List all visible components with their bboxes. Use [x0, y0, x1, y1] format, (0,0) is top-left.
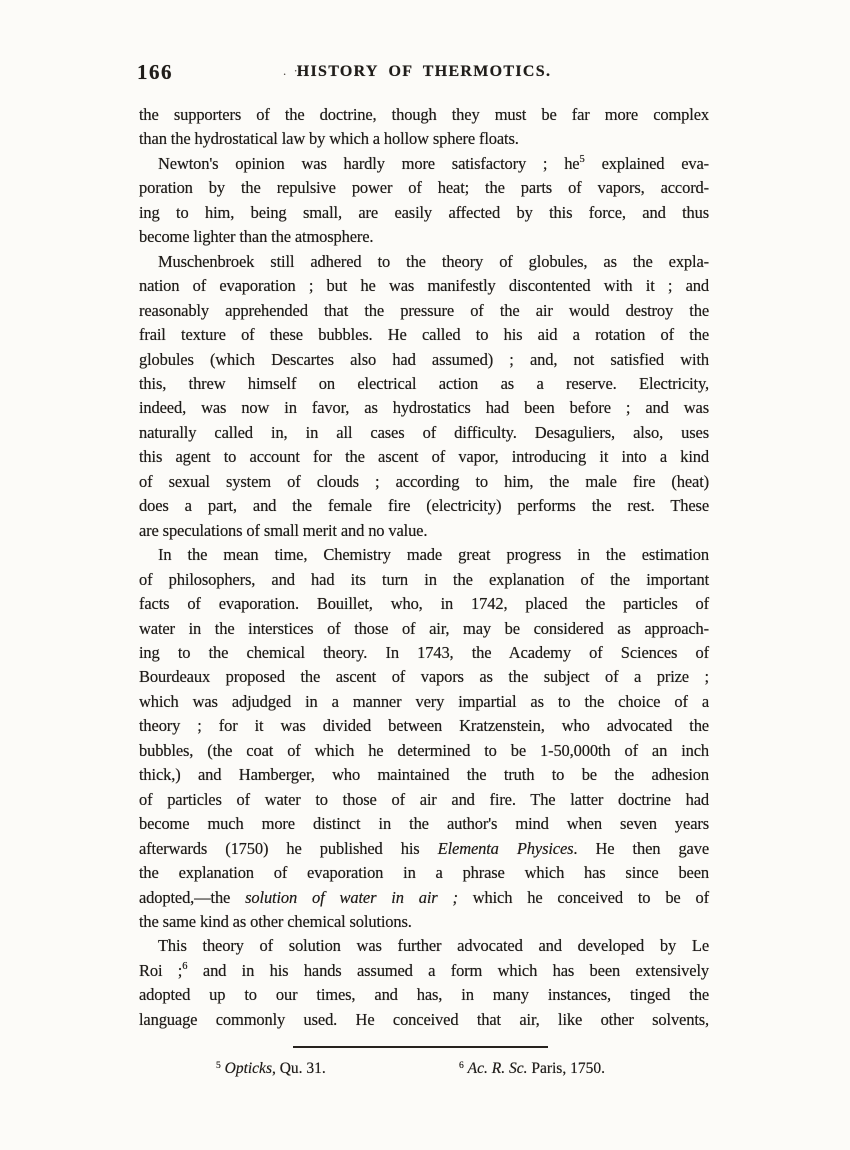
footnote-marker: 6 [459, 1061, 464, 1071]
text-segment: nation of evaporation ; but he was manif… [139, 276, 709, 295]
paragraph: Newton's opinion was hardly more satisfa… [139, 152, 709, 250]
text-line: become lighter than the atmosphere. [139, 225, 709, 249]
paragraph: In the mean time, Chemistry made great p… [139, 543, 709, 934]
running-head: HISTORY OF THERMOTICS. [139, 64, 709, 80]
text-segment: become lighter than the atmosphere. [139, 227, 373, 246]
text-line: of particles of water to those of air an… [139, 788, 709, 812]
text-line: water in the interstices of those of air… [139, 617, 709, 641]
text-line: Bourdeaux proposed the ascent of vapors … [139, 665, 709, 689]
text-segment: are speculations of small merit and no v… [139, 521, 427, 540]
text-segment: which was adjudged in a manner very impa… [139, 692, 709, 711]
text-line: globules (which Descartes also had assum… [139, 348, 709, 372]
text-line: this, threw himself on electrical action… [139, 372, 709, 396]
text-segment: ing to him, being small, are easily affe… [139, 203, 709, 222]
text-segment: Muschenbroek still adhered to the theory… [158, 252, 709, 271]
footnote-marker: 5 [216, 1061, 221, 1071]
text-segment: adopted up to our times, and has, in man… [139, 985, 709, 1004]
text-segment: become much more distinct in the author'… [139, 814, 709, 833]
text-line: bubbles, (the coat of which he determine… [139, 739, 709, 763]
text-segment: language commonly used. He conceived tha… [139, 1010, 709, 1029]
text-segment: afterwards (1750) he published his [139, 839, 438, 858]
text-segment: explained eva- [585, 154, 709, 173]
text-segment: the supporters of the doctrine, though t… [139, 105, 709, 124]
text-line: adopted,—the solution of water in air ; … [139, 886, 709, 910]
text-segment: Roi ; [139, 961, 182, 980]
text-segment: of philosophers, and had its turn in the… [139, 570, 709, 589]
text-segment: water in the interstices of those of air… [139, 619, 709, 638]
text-line: of sexual system of clouds ; according t… [139, 470, 709, 494]
text-line: ing to him, being small, are easily affe… [139, 201, 709, 225]
text-segment: ing to the chemical theory. In 1743, the… [139, 643, 709, 662]
text-line: facts of evaporation. Bouillet, who, in … [139, 592, 709, 616]
text-segment: Newton's opinion was hardly more satisfa… [158, 154, 579, 173]
text-segment: Bourdeaux proposed the ascent of vapors … [139, 667, 709, 686]
text-segment: naturally called in, in all cases of dif… [139, 423, 709, 442]
text-line: language commonly used. He conceived tha… [139, 1008, 709, 1032]
text-line: theory ; for it was divided between Krat… [139, 714, 709, 738]
text-segment: of particles of water to those of air an… [139, 790, 709, 809]
text-segment: than the hydrostatical law by which a ho… [139, 129, 519, 148]
paragraph: the supporters of the doctrine, though t… [139, 103, 709, 152]
text-segment: adopted,—the [139, 888, 245, 907]
text-line: reasonably apprehended that the pressure… [139, 299, 709, 323]
text-line: nation of evaporation ; but he was manif… [139, 274, 709, 298]
text-segment: poration by the repulsive power of heat;… [139, 178, 709, 197]
text-segment: bubbles, (the coat of which he determine… [139, 741, 709, 760]
text-segment: This theory of solution was further advo… [158, 936, 709, 955]
text-line: poration by the repulsive power of heat;… [139, 176, 709, 200]
text-line: naturally called in, in all cases of dif… [139, 421, 709, 445]
italic-text: Opticks [225, 1060, 272, 1077]
text-line: adopted up to our times, and has, in man… [139, 983, 709, 1007]
text-line: the explanation of evaporation in a phra… [139, 861, 709, 885]
text-line: thick,) and Hamberger, who maintained th… [139, 763, 709, 787]
footnote-rule [293, 1046, 548, 1048]
text-line: of philosophers, and had its turn in the… [139, 568, 709, 592]
text-segment: , Qu. 31. [272, 1060, 326, 1077]
text-line: indeed, was now in favor, as hydrostatic… [139, 396, 709, 420]
text-segment: the same kind as other chemical solution… [139, 912, 412, 931]
text-line: In the mean time, Chemistry made great p… [139, 543, 709, 567]
text-line: which was adjudged in a manner very impa… [139, 690, 709, 714]
text-segment: reasonably apprehended that the pressure… [139, 301, 709, 320]
text-line: frail texture of these bubbles. He calle… [139, 323, 709, 347]
text-line: the supporters of the doctrine, though t… [139, 103, 709, 127]
text-segment: of sexual system of clouds ; according t… [139, 472, 709, 491]
text-segment: frail texture of these bubbles. He calle… [139, 325, 709, 344]
text-line: become much more distinct in the author'… [139, 812, 709, 836]
paragraph: This theory of solution was further advo… [139, 934, 709, 1032]
text-segment: . He then gave [573, 839, 709, 858]
italic-text: Elementa Physices [438, 839, 574, 858]
italic-text: Ac. R. Sc. [468, 1060, 528, 1077]
text-segment: which he conceived to be of [458, 888, 709, 907]
text-line: Muschenbroek still adhered to the theory… [139, 250, 709, 274]
text-line: Newton's opinion was hardly more satisfa… [139, 152, 709, 176]
text-segment: the explanation of evaporation in a phra… [139, 863, 709, 882]
text-segment: globules (which Descartes also had assum… [139, 350, 709, 369]
text-segment: In the mean time, Chemistry made great p… [158, 545, 709, 564]
text-segment: Paris, 1750. [527, 1060, 605, 1077]
text-segment: facts of evaporation. Bouillet, who, in … [139, 594, 709, 613]
italic-text: solution of water in air ; [245, 888, 458, 907]
text-line: the same kind as other chemical solution… [139, 910, 709, 934]
text-line: Roi ;6 and in his hands assumed a form w… [139, 959, 709, 983]
text-segment: indeed, was now in favor, as hydrostatic… [139, 398, 709, 417]
text-line: than the hydrostatical law by which a ho… [139, 127, 709, 151]
text-block: the supporters of the doctrine, though t… [139, 103, 709, 1032]
text-segment: thick,) and Hamberger, who maintained th… [139, 765, 709, 784]
text-segment: does a part, and the female fire (electr… [139, 496, 709, 515]
text-line: this agent to account for the ascent of … [139, 445, 709, 469]
text-line: does a part, and the female fire (electr… [139, 494, 709, 518]
footnote-6: 6 Ac. R. Sc. Paris, 1750. [459, 1060, 605, 1079]
text-segment: and in his hands assumed a form which ha… [187, 961, 709, 980]
text-segment: this, threw himself on electrical action… [139, 374, 709, 393]
text-line: afterwards (1750) he published his Eleme… [139, 837, 709, 861]
text-line: are speculations of small merit and no v… [139, 519, 709, 543]
paragraph: Muschenbroek still adhered to the theory… [139, 250, 709, 543]
text-line: This theory of solution was further advo… [139, 934, 709, 958]
book-page: 166 . · HISTORY OF THERMOTICS. the suppo… [0, 0, 850, 1150]
text-line: ing to the chemical theory. In 1743, the… [139, 641, 709, 665]
footnote-5: 5 Opticks, Qu. 31. [216, 1060, 326, 1079]
text-segment: theory ; for it was divided between Krat… [139, 716, 709, 735]
text-segment: this agent to account for the ascent of … [139, 447, 709, 466]
